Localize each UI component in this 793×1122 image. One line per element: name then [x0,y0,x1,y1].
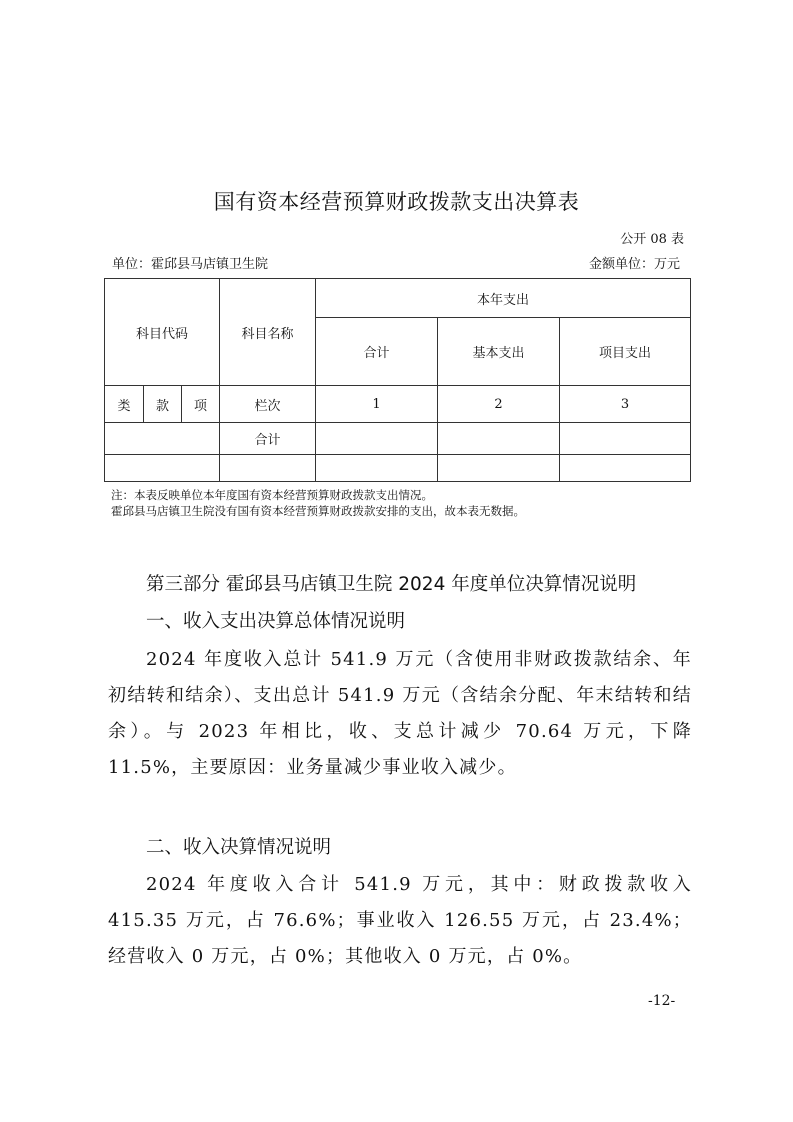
row-name [220,455,316,482]
table-row [105,455,691,482]
col-index-3: 3 [560,386,691,423]
header-lei: 类 [105,386,144,423]
row-basic [438,423,560,455]
row-total [316,455,438,482]
row-code [105,455,220,482]
section2-heading: 二、收入决算情况说明 [146,833,331,859]
unit-label: 单位：霍邱县马店镇卫生院 [112,253,268,272]
section1-heading: 一、收入支出决算总体情况说明 [146,607,405,633]
row-total [316,423,438,455]
amount-unit-label: 金额单位：万元 [589,253,680,272]
header-subject-name: 科目名称 [220,279,316,386]
row-name: 合计 [220,423,316,455]
row-code [105,423,220,455]
header-basic-expense: 基本支出 [438,318,560,386]
row-basic [438,455,560,482]
header-this-year-expense: 本年支出 [316,279,691,318]
section1-paragraph: 2024 年度收入总计 541.9 万元（含使用非财政拨款结余、年初结转和结余）… [108,642,692,786]
row-project [560,455,691,482]
header-xiang: 项 [182,386,220,423]
header-total: 合计 [316,318,438,386]
table-row: 合计 [105,423,691,455]
col-index-2: 2 [438,386,560,423]
page-number: -12- [648,993,675,1009]
table-note-2: 霍邱县马店镇卫生院没有国有资本经营预算财政拨款安排的支出，故本表无数据。 [111,503,525,519]
table-note-1: 注：本表反映单位本年度国有资本经营预算财政拨款支出情况。 [111,487,433,503]
row-project [560,423,691,455]
section2-paragraph: 2024 年度收入合计 541.9 万元，其中：财政拨款收入 415.35 万元… [108,867,692,975]
col-index-1: 1 [316,386,438,423]
expense-table: 科目代码 科目名称 本年支出 合计 基本支出 项目支出 类 款 项 栏次 1 2… [104,278,691,482]
header-column-no: 栏次 [220,386,316,423]
form-number: 公开 08 表 [620,228,684,247]
table-title: 国有资本经营预算财政拨款支出决算表 [0,186,793,216]
header-subject-code: 科目代码 [105,279,220,386]
part-heading: 第三部分 霍邱县马店镇卫生院 2024 年度单位决算情况说明 [146,570,636,596]
header-project-expense: 项目支出 [560,318,691,386]
header-kuan: 款 [144,386,182,423]
